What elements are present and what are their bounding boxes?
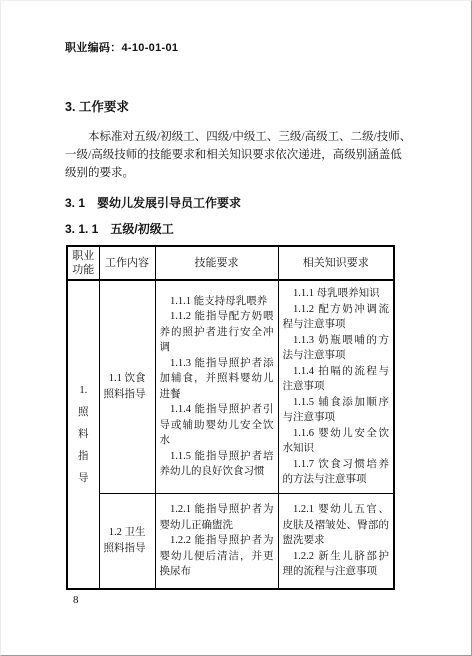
work-content-label: 1.1 饮食 照料指导 xyxy=(104,371,151,402)
knowledge-item: 1.1.7 饮食习惯培养的方法与注意事项 xyxy=(283,457,390,488)
work-content-cell: 1.2 卫生 照料指导 xyxy=(99,493,155,589)
knowledge-item: 1.1.6 婴幼儿安全饮水知识 xyxy=(283,426,390,457)
knowledge-item: 1.1.2 配方奶冲调流程与注意事项 xyxy=(283,302,390,333)
skill-item: 1.2.1 能指导照护者为婴幼儿正确盥洗 xyxy=(160,502,274,533)
skills-cell: 1.2.1 能指导照护者为婴幼儿正确盥洗1.2.2 能指导照护者为婴幼儿便后清洁… xyxy=(155,493,278,589)
requirements-table: 职业功能 工作内容 技能要求 相关知识要求 1. 照料指导 1.1 饮食 照料指… xyxy=(66,245,395,590)
occupation-code: 职业编码：4-10-01-01 xyxy=(65,39,178,55)
skill-item: 1.1.5 能指导照护者培养幼儿的良好饮食习惯 xyxy=(160,449,274,480)
function-label: 1. 照料指导 xyxy=(76,380,91,490)
skill-item: 1.1.2 能指导配方奶喂养的照护者进行安全冲调 xyxy=(160,309,274,356)
column-header-work-content: 工作内容 xyxy=(99,246,155,280)
knowledge-item: 1.2.2 新生儿脐部护理的流程与注意事项 xyxy=(283,549,390,580)
section-heading: 3. 工作要求 xyxy=(65,97,129,115)
skill-item: 1.1.3 能指导照护者添加辅食，并照料婴幼儿进餐 xyxy=(160,356,274,403)
subsection-heading-3-1-1: 3. 1. 1 五级/初级工 xyxy=(65,220,174,237)
knowledge-item: 1.1.4 拍嗝的流程与注意事项 xyxy=(283,364,390,395)
skill-item: 1.1.1 能支持母乳喂养 xyxy=(160,294,274,310)
knowledge-item: 1.1.1 母乳喂养知识 xyxy=(283,286,390,302)
intro-paragraph: 本标准对五级/初级工、四级/中级工、三级/高级工、二级/技师、 一级/高级技师的… xyxy=(65,128,413,182)
column-header-function: 职业功能 xyxy=(67,246,99,280)
knowledge-list: 1.2.1 婴幼儿五官、皮肤及褶皱处、臀部的盥洗要求1.2.2 新生儿脐部护理的… xyxy=(283,502,390,580)
column-header-skill-requirements: 技能要求 xyxy=(155,246,278,280)
knowledge-cell: 1.1.1 母乳喂养知识1.1.2 配方奶冲调流程与注意事项1.1.3 奶瓶喂哺… xyxy=(278,280,394,493)
knowledge-item: 1.2.1 婴幼儿五官、皮肤及褶皱处、臀部的盥洗要求 xyxy=(283,502,390,549)
page-number: 8 xyxy=(73,594,79,606)
table-header-row: 职业功能 工作内容 技能要求 相关知识要求 xyxy=(67,246,394,280)
table-row: 1.2 卫生 照料指导 1.2.1 能指导照护者为婴幼儿正确盥洗1.2.2 能指… xyxy=(67,493,394,589)
function-cell: 1. 照料指导 xyxy=(67,280,99,589)
skills-list: 1.2.1 能指导照护者为婴幼儿正确盥洗1.2.2 能指导照护者为婴幼儿便后清洁… xyxy=(160,502,274,580)
skills-cell: 1.1.1 能支持母乳喂养1.1.2 能指导配方奶喂养的照护者进行安全冲调1.1… xyxy=(155,280,278,493)
knowledge-item: 1.1.3 奶瓶喂哺的方法与注意事项 xyxy=(283,333,390,364)
work-content-label: 1.2 卫生 照料指导 xyxy=(104,525,151,556)
skills-list: 1.1.1 能支持母乳喂养1.1.2 能指导配方奶喂养的照护者进行安全冲调1.1… xyxy=(160,294,274,480)
skill-item: 1.1.4 能指导照护者引导或辅助婴幼儿安全饮水 xyxy=(160,402,274,449)
table-row: 1. 照料指导 1.1 饮食 照料指导 1.1.1 能支持母乳喂养1.1.2 能… xyxy=(67,280,394,493)
skill-item: 1.2.2 能指导照护者为婴幼儿便后清洁，并更换尿布 xyxy=(160,533,274,580)
knowledge-item: 1.1.5 辅食添加顺序与注意事项 xyxy=(283,395,390,426)
column-header-knowledge-requirements: 相关知识要求 xyxy=(278,246,394,280)
work-content-cell: 1.1 饮食 照料指导 xyxy=(99,280,155,493)
knowledge-list: 1.1.1 母乳喂养知识1.1.2 配方奶冲调流程与注意事项1.1.3 奶瓶喂哺… xyxy=(283,286,390,488)
knowledge-cell: 1.2.1 婴幼儿五官、皮肤及褶皱处、臀部的盥洗要求1.2.2 新生儿脐部护理的… xyxy=(278,493,394,589)
subsection-heading-3-1: 3. 1 婴幼儿发展引导员工作要求 xyxy=(65,194,241,211)
